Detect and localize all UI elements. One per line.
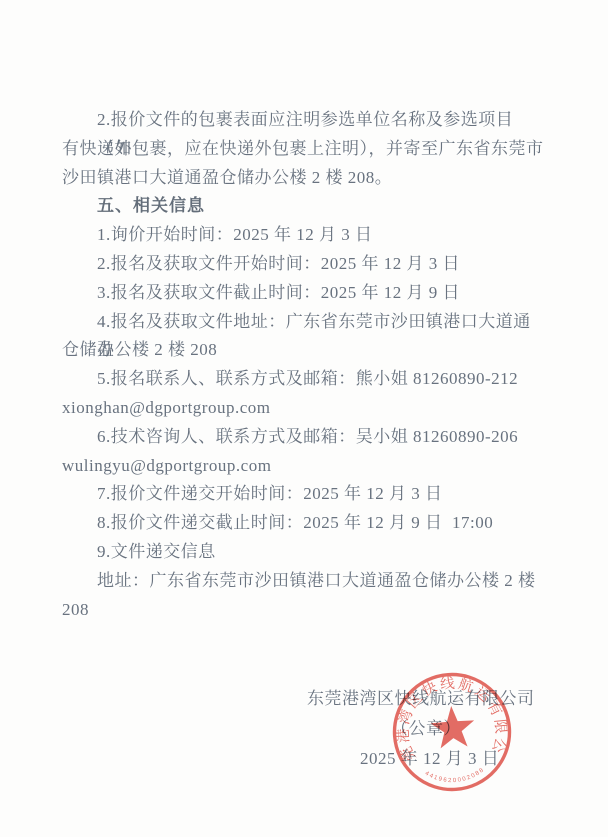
address-line: 地址：广东省东莞市沙田镇港口大道通盈仓储办公楼 2 楼 bbox=[62, 567, 548, 596]
document-page: 2.报价文件的包裹表面应注明参选单位名称及参选项目（如 有快递外包裹，应在快递外… bbox=[0, 0, 608, 837]
list-item: 5.报名联系人、联系方式及邮箱：熊小姐 81260890-212 bbox=[62, 365, 548, 394]
address-line-continuation: 208 bbox=[62, 596, 548, 625]
contact-email: xionghan@dgportgroup.com bbox=[62, 394, 548, 423]
seal-star-icon bbox=[429, 704, 476, 749]
section-heading: 五、相关信息 bbox=[62, 192, 548, 221]
list-item-continuation: 仓储办公楼 2 楼 208 bbox=[62, 336, 548, 365]
contact-email: wulingyu@dgportgroup.com bbox=[62, 452, 548, 481]
list-item: 3.报名及获取文件截止时间：2025 年 12 月 9 日 bbox=[62, 279, 548, 308]
list-item: 4.报名及获取文件地址：广东省东莞市沙田镇港口大道通盈 bbox=[62, 308, 548, 337]
list-item: 1.询价开始时间：2025 年 12 月 3 日 bbox=[62, 221, 548, 250]
paragraph-line: 沙田镇港口大道通盈仓储办公楼 2 楼 208。 bbox=[62, 164, 548, 193]
list-item: 7.报价文件递交开始时间：2025 年 12 月 3 日 bbox=[62, 480, 548, 509]
list-item: 8.报价文件递交截止时间：2025 年 12 月 9 日 17:00 bbox=[62, 509, 548, 538]
list-item: 2.报名及获取文件开始时间：2025 年 12 月 3 日 bbox=[62, 250, 548, 279]
company-seal-stamp: 东莞港湾区快线航运有限公司 4419620002088 bbox=[378, 658, 525, 805]
list-item: 6.技术咨询人、联系方式及邮箱：吴小姐 81260890-206 bbox=[62, 423, 548, 452]
document-body: 2.报价文件的包裹表面应注明参选单位名称及参选项目（如 有快递外包裹，应在快递外… bbox=[62, 106, 548, 624]
list-item: 9.文件递交信息 bbox=[62, 538, 548, 567]
paragraph-line: 2.报价文件的包裹表面应注明参选单位名称及参选项目（如 bbox=[62, 106, 548, 135]
paragraph-line: 有快递外包裹，应在快递外包裹上注明），并寄至广东省东莞市 bbox=[62, 135, 548, 164]
